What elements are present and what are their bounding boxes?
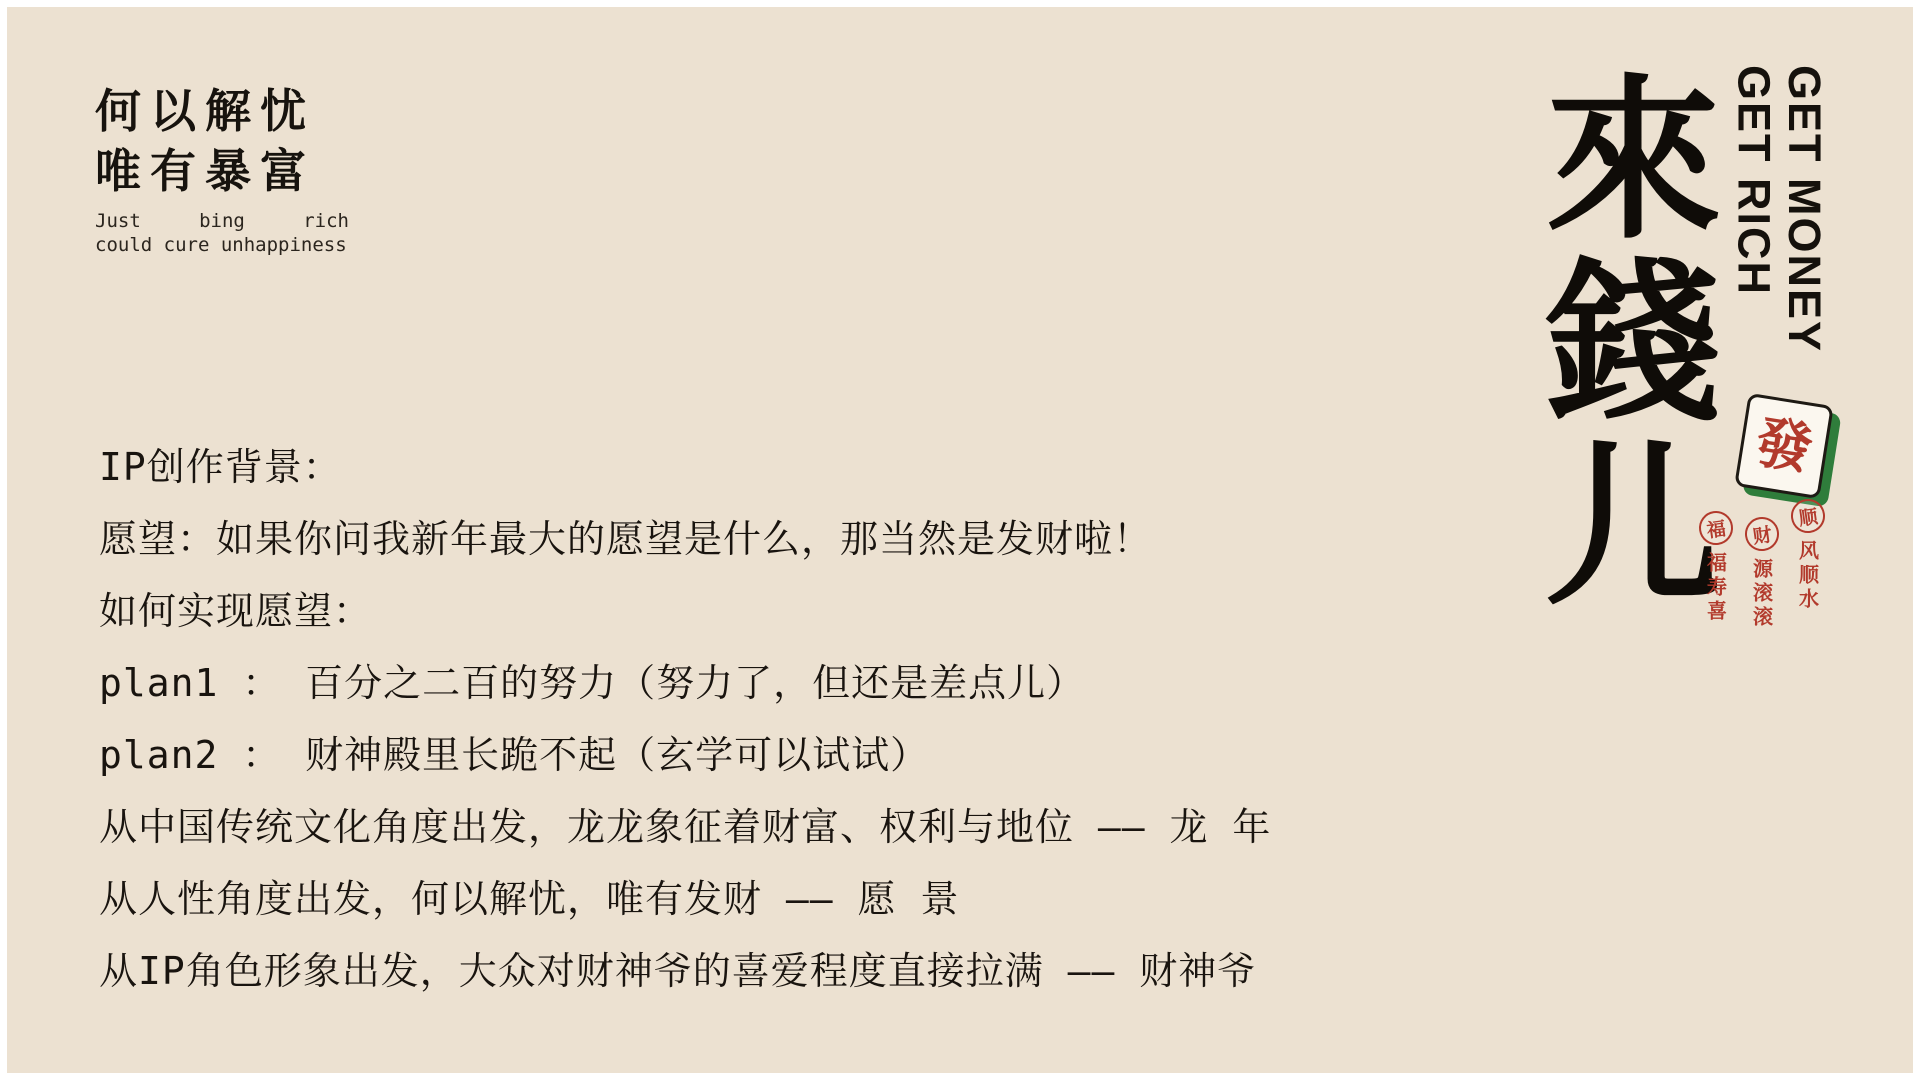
body-line: plan2 ： 财神殿里长跪不起（玄学可以试试） <box>99 715 1353 787</box>
body-line: plan1 ： 百分之二百的努力（努力了，但还是差点儿） <box>99 643 1353 715</box>
seal-stamp-icon: 福 <box>1697 509 1735 547</box>
blessing-text: 风顺水 <box>1794 540 1823 612</box>
slogan-vertical: GET MONEY GET RICH <box>1728 65 1829 353</box>
body-line: IP创作背景： <box>99 427 1353 499</box>
slogan-line2: GET RICH <box>1728 65 1778 353</box>
body-line: 从IP角色形象出发，大众对财神爷的喜爱程度直接拉满 —— 财神爷 <box>99 931 1353 1003</box>
brand-block: 何以解忧 唯有暴富 Just bing rich could cure unha… <box>95 81 349 257</box>
brand-title-line2: 唯有暴富 <box>95 141 349 201</box>
body-line: 如何实现愿望： <box>99 571 1353 643</box>
body-line: 从人性角度出发，何以解忧，唯有发财 —— 愿 景 <box>99 859 1353 931</box>
mahjong-tile-icon: 發 <box>1734 393 1834 499</box>
seal-stamp-icon: 顺 <box>1789 497 1827 535</box>
blessing-text: 源滚滚 <box>1748 558 1777 630</box>
mahjong-tile-char: 發 <box>1752 414 1816 478</box>
body-copy: IP创作背景： 愿望：如果你问我新年最大的愿望是什么，那当然是发财啦！ 如何实现… <box>99 427 1353 1003</box>
seal-column: 顺 风顺水 <box>1791 499 1825 630</box>
blessing-text: 福寿喜 <box>1702 552 1731 624</box>
body-line: 愿望：如果你问我新年最大的愿望是什么，那当然是发财啦！ <box>99 499 1353 571</box>
slogan-line1: GET MONEY <box>1779 65 1829 353</box>
brand-subtitle: Just bing rich could cure unhappiness <box>95 209 349 257</box>
brand-subtitle-line2: could cure unhappiness <box>95 233 349 257</box>
body-line: 从中国传统文化角度出发，龙龙象征着财富、权利与地位 —— 龙 年 <box>99 787 1353 859</box>
calligraphy-wordmark: 來錢儿 <box>1532 67 1707 616</box>
seal-column: 福 福寿喜 <box>1699 511 1733 630</box>
seal-stamp-icon: 财 <box>1743 515 1781 553</box>
seal-column: 财 源滚滚 <box>1745 517 1779 630</box>
brand-subtitle-line1: Just bing rich <box>95 209 349 233</box>
brand-title-line1: 何以解忧 <box>95 81 349 141</box>
seal-cluster: 福 福寿喜 财 源滚滚 顺 风顺水 <box>1699 499 1825 630</box>
slide-canvas: 何以解忧 唯有暴富 Just bing rich could cure unha… <box>0 0 1920 1080</box>
